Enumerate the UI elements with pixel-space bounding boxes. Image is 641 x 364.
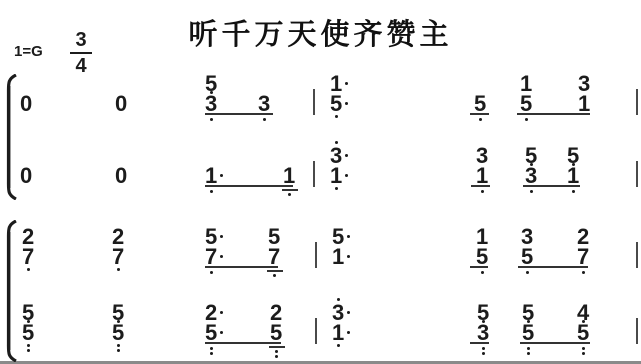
augmentation-dot [220,331,223,334]
system-bracket [2,220,18,362]
augmentation-dot [347,331,350,334]
note-main-digit: 5 [522,322,534,344]
octave-dot [275,350,278,353]
octave-dot [27,344,30,347]
barline [636,318,638,344]
octave-dot [582,352,585,355]
octave-dot [582,347,585,350]
octave-dot [482,352,485,355]
note-main-digit: 5 [270,322,282,344]
barline [315,318,317,344]
octave-dot [527,347,530,350]
note-main-digit: 5 [22,322,34,344]
score-systems: 0053315515310011313153512727575751153527… [0,0,641,364]
octave-dot [27,349,30,352]
underline [269,346,285,348]
octave-dot [275,355,278,358]
octave-dot [117,344,120,347]
note-main-digit: 1 [332,322,344,344]
note-main-digit: 5 [112,322,124,344]
octave-dot [337,298,340,301]
octave-dot [117,349,120,352]
note-main-digit: 3 [477,322,489,344]
score-page: 听千万天使齐赞主 1=G 3 4 00533155153100113131535… [0,0,641,364]
octave-dot [527,352,530,355]
note-main-digit: 5 [577,322,589,344]
octave-dot [482,347,485,350]
system2-left-hand: 5555252531535545 [0,0,641,364]
octave-dot [210,352,213,355]
octave-dot [210,347,213,350]
octave-dot [337,344,340,347]
augmentation-dot [347,311,350,314]
augmentation-dot [220,311,223,314]
note-main-digit: 5 [205,322,217,344]
system-bracket [2,74,18,200]
